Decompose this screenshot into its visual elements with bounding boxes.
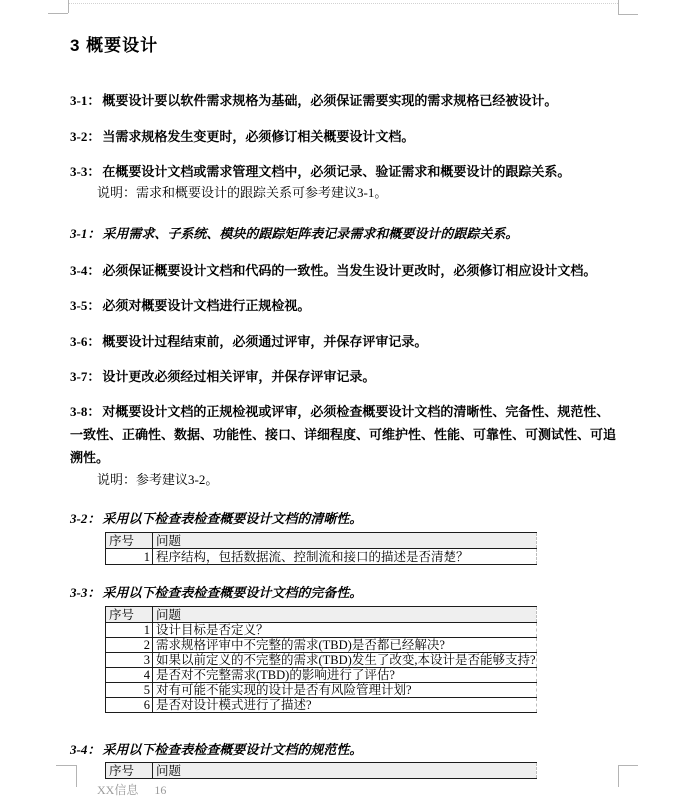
suggestion-3-2: 3-2：采用以下检查表检查概要设计文档的清晰性。 bbox=[70, 510, 618, 527]
rule-3-2: 3-2：当需求规格发生变更时，必须修订相关概要设计文档。 bbox=[70, 128, 618, 146]
rule-3-5: 3-5：必须对概要设计文档进行正规检视。 bbox=[70, 297, 618, 315]
row-number-cell: 2 bbox=[106, 638, 153, 653]
margin-boundary-mark-bottom-right bbox=[618, 765, 619, 787]
table-row: 1 设计目标是否定义？ bbox=[106, 623, 537, 638]
page-title: 3 概要设计 bbox=[70, 36, 618, 55]
rule-3-3-note: 说明：需求和概要设计的跟踪关系可参考建议3-1。 bbox=[97, 185, 618, 201]
table-header-cell-question: 问题 bbox=[153, 607, 537, 623]
rule-text: 概要设计要以软件需求规格为基础，必须保证需要实现的需求规格已经被设计。 bbox=[102, 93, 557, 108]
footer-company: XX信息 bbox=[97, 783, 138, 797]
rule-3-1: 3-1：概要设计要以软件需求规格为基础，必须保证需要实现的需求规格已经被设计。 bbox=[70, 92, 618, 110]
question-cell: 程序结构，包括数据流、控制流和接口的描述是否清楚？ bbox=[153, 549, 537, 565]
rule-3-4: 3-4：必须保证概要设计文档和代码的一致性。当发生设计更改时，必须修订相应设计文… bbox=[70, 262, 618, 280]
margin-boundary-mark-top-right bbox=[618, 14, 638, 15]
rule-text: 对概要设计文档的正规检视或评审，必须检查概要设计文档的清晰性、完备性、规范性、一… bbox=[70, 404, 616, 465]
question-cell: 如果以前定义的不完整的需求(TBD)发生了改变,本设计是否能够支持? bbox=[153, 653, 537, 668]
suggestion-number: 3-3： bbox=[70, 585, 100, 600]
rule-number: 3-6： bbox=[70, 334, 100, 349]
rule-3-7: 3-7：设计更改必须经过相关评审，并保存评审记录。 bbox=[70, 368, 618, 386]
suggestion-number: 3-2： bbox=[70, 511, 100, 526]
suggestion-number: 3-1： bbox=[70, 226, 100, 241]
question-cell: 是否对设计模式进行了描述? bbox=[153, 698, 537, 713]
question-cell: 对有可能不能实现的设计是否有风险管理计划? bbox=[153, 683, 537, 698]
suggestion-text: 采用需求、子系统、模块的跟踪矩阵表记录需求和概要设计的跟踪关系。 bbox=[102, 226, 518, 241]
rule-3-3: 3-3：在概要设计文档或需求管理文档中，必须记录、验证需求和概要设计的跟踪关系。 bbox=[70, 163, 618, 181]
table-header-cell-number: 序号 bbox=[106, 533, 153, 549]
margin-boundary-mark-top-left bbox=[48, 13, 68, 14]
table-header-cell-question: 问题 bbox=[153, 763, 537, 779]
table-row: 6 是否对设计模式进行了描述? bbox=[106, 698, 537, 713]
row-number-cell: 5 bbox=[106, 683, 153, 698]
rule-3-6: 3-6：概要设计过程结束前，必须通过评审，并保存评审记录。 bbox=[70, 333, 618, 351]
rule-text: 在概要设计文档或需求管理文档中，必须记录、验证需求和概要设计的跟踪关系。 bbox=[102, 164, 570, 179]
table-row: 4 是否对不完整需求(TBD)的影响进行了评估? bbox=[106, 668, 537, 683]
margin-boundary-mark-top-left bbox=[68, 0, 69, 13]
question-cell: 是否对不完整需求(TBD)的影响进行了评估? bbox=[153, 668, 537, 683]
rule-text: 必须保证概要设计文档和代码的一致性。当发生设计更改时，必须修订相应设计文档。 bbox=[102, 263, 596, 278]
table-row: 2 需求规格评审中不完整的需求(TBD)是否都已经解决? bbox=[106, 638, 537, 653]
rule-number: 3-8： bbox=[70, 404, 100, 419]
question-cell: 需求规格评审中不完整的需求(TBD)是否都已经解决? bbox=[153, 638, 537, 653]
table-header-cell-number: 序号 bbox=[106, 763, 153, 779]
document-page: 3 概要设计 3-1：概要设计要以软件需求规格为基础，必须保证需要实现的需求规格… bbox=[0, 0, 689, 808]
rule-number: 3-1： bbox=[70, 93, 100, 108]
margin-boundary-mark-bottom-right bbox=[618, 765, 638, 766]
table-row: 3 如果以前定义的不完整的需求(TBD)发生了改变,本设计是否能够支持? bbox=[106, 653, 537, 668]
footer-page-number: 16 bbox=[154, 783, 166, 797]
rule-number: 3-4： bbox=[70, 263, 100, 278]
rule-number: 3-7： bbox=[70, 369, 100, 384]
document-body: 3 概要设计 3-1：概要设计要以软件需求规格为基础，必须保证需要实现的需求规格… bbox=[70, 36, 618, 779]
suggestion-3-3: 3-3：采用以下检查表检查概要设计文档的完备性。 bbox=[70, 584, 618, 601]
table-row: 5 对有可能不能实现的设计是否有风险管理计划? bbox=[106, 683, 537, 698]
rule-number: 3-5： bbox=[70, 298, 100, 313]
suggestion-text: 采用以下检查表检查概要设计文档的规范性。 bbox=[102, 742, 362, 757]
rule-number: 3-2： bbox=[70, 129, 100, 144]
rule-number: 3-3： bbox=[70, 164, 100, 179]
checklist-table-standardization: 序号 问题 bbox=[105, 762, 537, 779]
page-footer: XX信息16 bbox=[97, 784, 166, 797]
question-cell: 设计目标是否定义？ bbox=[153, 623, 537, 638]
rule-text: 必须对概要设计文档进行正规检视。 bbox=[102, 298, 310, 313]
rule-text: 概要设计过程结束前，必须通过评审，并保存评审记录。 bbox=[102, 334, 427, 349]
row-number-cell: 6 bbox=[106, 698, 153, 713]
row-number-cell: 4 bbox=[106, 668, 153, 683]
rule-3-8-note: 说明：参考建议3-2。 bbox=[97, 472, 618, 488]
suggestion-text: 采用以下检查表检查概要设计文档的清晰性。 bbox=[102, 511, 362, 526]
rule-3-8: 3-8：对概要设计文档的正规检视或评审，必须检查概要设计文档的清晰性、完备性、规… bbox=[70, 400, 618, 469]
table-row: 1 程序结构，包括数据流、控制流和接口的描述是否清楚？ bbox=[106, 549, 537, 565]
checklist-table-clarity: 序号 问题 1 程序结构，包括数据流、控制流和接口的描述是否清楚？ bbox=[105, 532, 537, 565]
checklist-table-completeness: 序号 问题 1 设计目标是否定义？ 2 需求规格评审中不完整的需求(TBD)是否… bbox=[105, 606, 537, 713]
table-header-row: 序号 问题 bbox=[106, 533, 537, 549]
row-number-cell: 1 bbox=[106, 623, 153, 638]
row-number-cell: 1 bbox=[106, 549, 153, 565]
row-number-cell: 3 bbox=[106, 653, 153, 668]
table-header-row: 序号 问题 bbox=[106, 607, 537, 623]
rule-text: 当需求规格发生变更时，必须修订相关概要设计文档。 bbox=[102, 129, 414, 144]
margin-boundary-mark-top-right bbox=[618, 0, 619, 14]
rule-text: 设计更改必须经过相关评审，并保存评审记录。 bbox=[102, 369, 375, 384]
suggestion-3-1: 3-1：采用需求、子系统、模块的跟踪矩阵表记录需求和概要设计的跟踪关系。 bbox=[70, 225, 618, 242]
suggestion-text: 采用以下检查表检查概要设计文档的完备性。 bbox=[102, 585, 362, 600]
suggestion-3-4: 3-4：采用以下检查表检查概要设计文档的规范性。 bbox=[70, 741, 618, 758]
page-top-edge-line bbox=[68, 3, 618, 4]
suggestion-number: 3-4： bbox=[70, 742, 100, 757]
table-header-row: 序号 问题 bbox=[106, 763, 537, 779]
table-header-cell-question: 问题 bbox=[153, 533, 537, 549]
table-header-cell-number: 序号 bbox=[106, 607, 153, 623]
